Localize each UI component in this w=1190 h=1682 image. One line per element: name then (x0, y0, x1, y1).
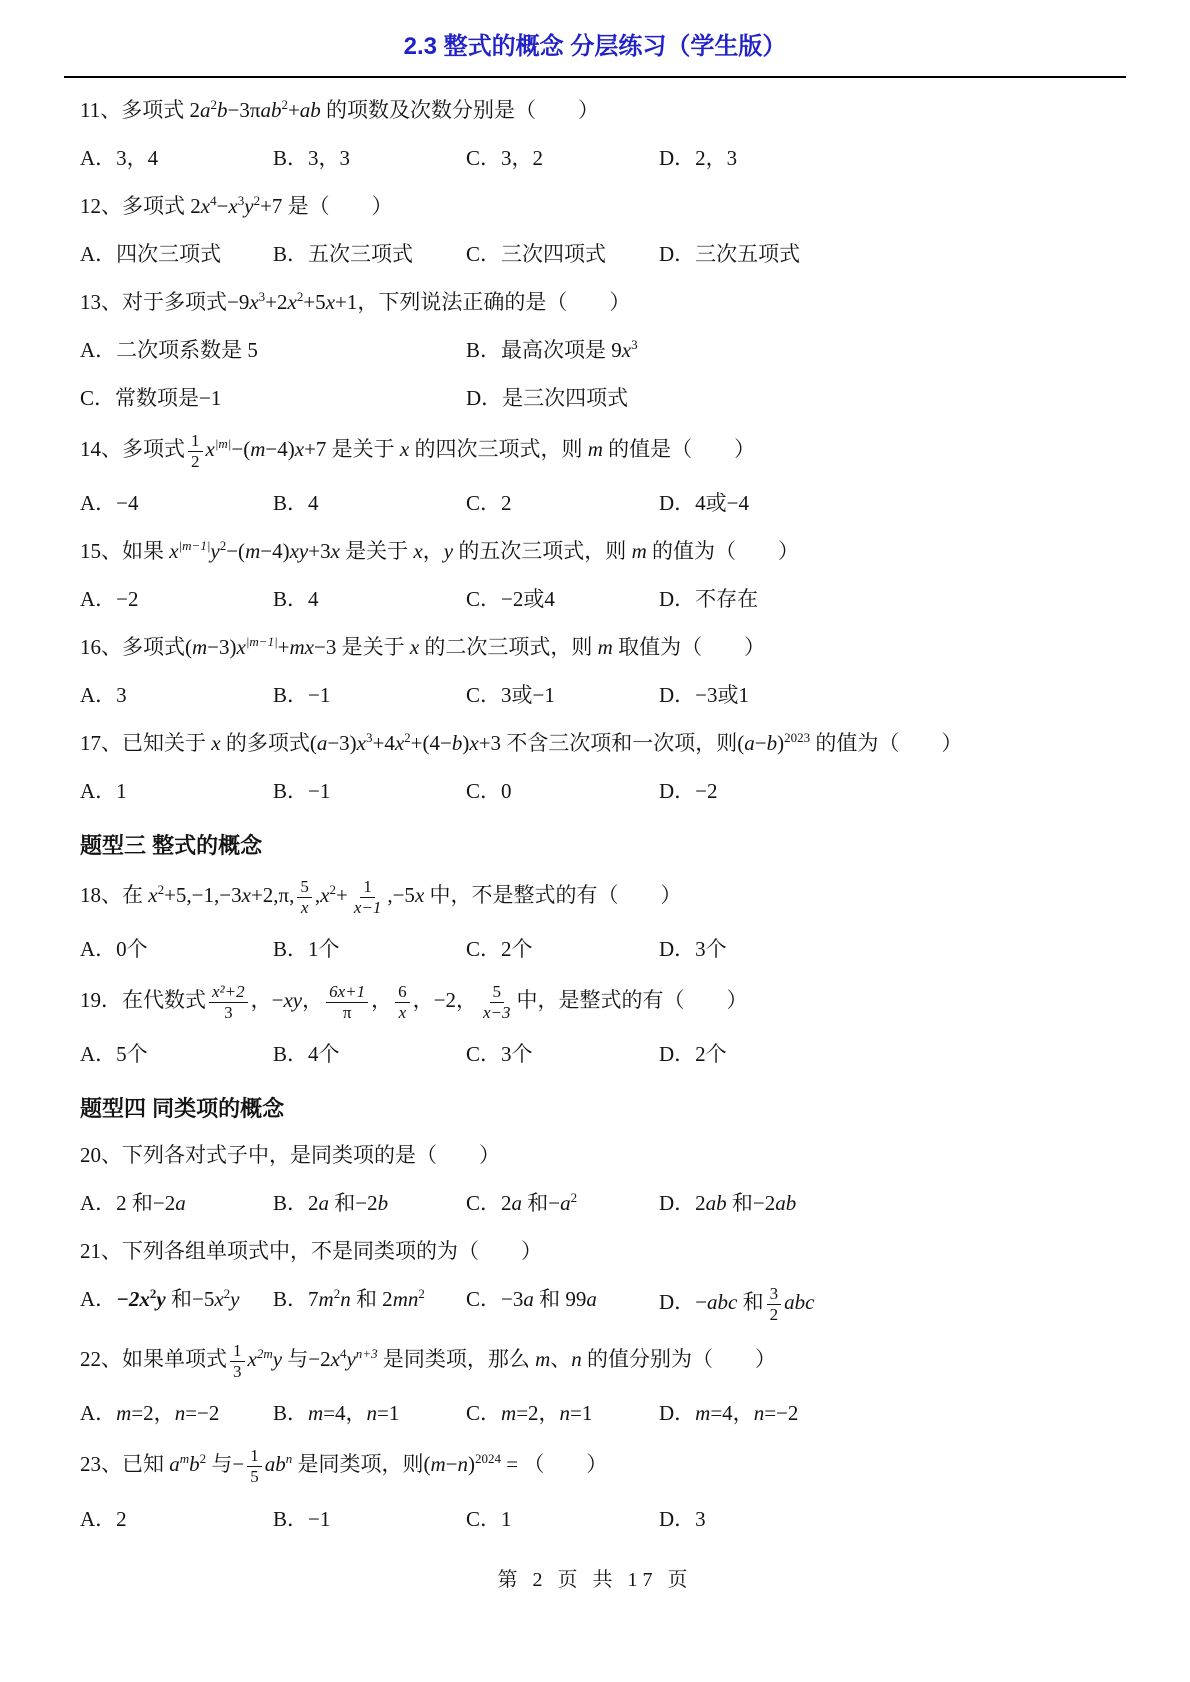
option: A．−4 (80, 488, 273, 519)
option: A．1 (80, 776, 273, 807)
options-row: A．−4B．4C．2D．4或−4 (80, 488, 1110, 519)
option: D．2个 (659, 1039, 1110, 1070)
question-stem: 21、下列各组单项式中，不是同类项的为（ ） (80, 1236, 1110, 1267)
options-row: C．常数项是−1D．是三次四项式 (80, 383, 1110, 414)
worksheet-page: 2.3 整式的概念 分层练习（学生版） 11、多项式 2a2b−3πab2+ab… (0, 0, 1190, 1682)
option: C．3个 (466, 1039, 659, 1070)
option: D．3 (659, 1504, 1110, 1535)
page-title: 2.3 整式的概念 分层练习（学生版） (0, 26, 1190, 61)
option: D．3个 (659, 934, 1110, 965)
question-stem: 18、在 x2+5,−1,−3x+2,π,5x,x2+1x−1,−5x 中，不是… (80, 877, 1110, 917)
option: C．2个 (466, 934, 659, 965)
option: C．−3a 和 99a (466, 1284, 659, 1324)
options-row: A．5个B．4个C．3个D．2个 (80, 1039, 1110, 1070)
question-stem: 20、下列各对式子中，是同类项的是（ ） (80, 1140, 1110, 1171)
option: D．m=4，n=−2 (659, 1398, 1110, 1429)
option: D．不存在 (659, 584, 1110, 615)
options-row: A．3，4B．3，3C．3，2D．2，3 (80, 143, 1110, 174)
question-stem: 22、如果单项式13x2my 与−2x4yn+3 是同类项，那么 m、n 的值分… (80, 1341, 1110, 1381)
question-stem: 11、多项式 2a2b−3πab2+ab 的项数及次数分别是（ ） (80, 95, 1110, 126)
option: C．m=2，n=1 (466, 1398, 659, 1429)
option: D．−3或1 (659, 680, 1110, 711)
option: D．4或−4 (659, 488, 1110, 519)
option: A．m=2，n=−2 (80, 1398, 273, 1429)
option: B．−1 (273, 1504, 466, 1535)
option: A．3 (80, 680, 273, 711)
option: D．是三次四项式 (466, 383, 1110, 414)
option: C．3或−1 (466, 680, 659, 711)
option: A．3，4 (80, 143, 273, 174)
option: D．−abc 和32abc (659, 1284, 1110, 1324)
option: D．−2 (659, 776, 1110, 807)
option: B．4 (273, 488, 466, 519)
option: B．m=4，n=1 (273, 1398, 466, 1429)
section-heading: 题型四 同类项的概念 (80, 1092, 1110, 1123)
options-row: A．1B．−1C．0D．−2 (80, 776, 1110, 807)
option: C．1 (466, 1504, 659, 1535)
option: A．四次三项式 (80, 239, 273, 270)
options-row: A．0个B．1个C．2个D．3个 (80, 934, 1110, 965)
question-stem: 12、多项式 2x4−x3y2+7 是（ ） (80, 191, 1110, 222)
option: C．−2或4 (466, 584, 659, 615)
option: C．0 (466, 776, 659, 807)
page-number: 第 2 页 共 17 页 (0, 1563, 1190, 1592)
options-row: A．二次项系数是 5B．最高次项是 9x3 (80, 335, 1110, 366)
options-row: A．2B．−1C．1D．3 (80, 1504, 1110, 1535)
question-stem: 14、多项式12x|m|−(m−4)x+7 是关于 x 的四次三项式，则 m 的… (80, 431, 1110, 471)
options-row: A．m=2，n=−2B．m=4，n=1C．m=2，n=1D．m=4，n=−2 (80, 1398, 1110, 1429)
option: B．2a 和−2b (273, 1188, 466, 1219)
worksheet-body: 11、多项式 2a2b−3πab2+ab 的项数及次数分别是（ ）A．3，4B．… (80, 95, 1110, 1535)
option: B．4个 (273, 1039, 466, 1070)
option: C．3，2 (466, 143, 659, 174)
option: D．2，3 (659, 143, 1110, 174)
option: D．三次五项式 (659, 239, 1110, 270)
question-stem: 17、已知关于 x 的多项式(a−3)x3+4x2+(4−b)x+3 不含三次项… (80, 728, 1110, 759)
question-stem: 23、已知 amb2 与−15abn 是同类项，则(m−n)2024 = （ ） (80, 1446, 1110, 1486)
options-row: A．−2x2y 和−5x2yB．7m2n 和 2mn2C．−3a 和 99aD．… (80, 1284, 1110, 1324)
options-row: A．2 和−2aB．2a 和−2bC．2a 和−a2D．2ab 和−2ab (80, 1188, 1110, 1219)
option: A．2 (80, 1504, 273, 1535)
option: C．2 (466, 488, 659, 519)
title-divider (64, 76, 1126, 78)
option: C．常数项是−1 (80, 383, 466, 414)
option: A．二次项系数是 5 (80, 335, 466, 366)
option: C．2a 和−a2 (466, 1188, 659, 1219)
option: D．2ab 和−2ab (659, 1188, 1110, 1219)
option: B．1个 (273, 934, 466, 965)
option: A．2 和−2a (80, 1188, 273, 1219)
options-row: A．四次三项式B．五次三项式C．三次四项式D．三次五项式 (80, 239, 1110, 270)
option: B．−1 (273, 776, 466, 807)
question-stem: 16、多项式(m−3)x|m−1|+mx−3 是关于 x 的二次三项式，则 m … (80, 632, 1110, 663)
options-row: A．3B．−1C．3或−1D．−3或1 (80, 680, 1110, 711)
question-stem: 19．在代数式x²+23，−xy，6x+1π，6x，−2，5x−3中，是整式的有… (80, 982, 1110, 1022)
section-heading: 题型三 整式的概念 (80, 829, 1110, 860)
question-stem: 15、如果 x|m−1|y2−(m−4)xy+3x 是关于 x，y 的五次三项式… (80, 536, 1110, 567)
option: C．三次四项式 (466, 239, 659, 270)
option: B．3，3 (273, 143, 466, 174)
option: B．4 (273, 584, 466, 615)
option: A．−2 (80, 584, 273, 615)
option: B．五次三项式 (273, 239, 466, 270)
option: B．7m2n 和 2mn2 (273, 1284, 466, 1324)
option: A．0个 (80, 934, 273, 965)
option: B．最高次项是 9x3 (466, 335, 1110, 366)
option: A．−2x2y 和−5x2y (80, 1284, 273, 1324)
option: B．−1 (273, 680, 466, 711)
question-stem: 13、对于多项式−9x3+2x2+5x+1，下列说法正确的是（ ） (80, 287, 1110, 318)
option: A．5个 (80, 1039, 273, 1070)
options-row: A．−2B．4C．−2或4D．不存在 (80, 584, 1110, 615)
